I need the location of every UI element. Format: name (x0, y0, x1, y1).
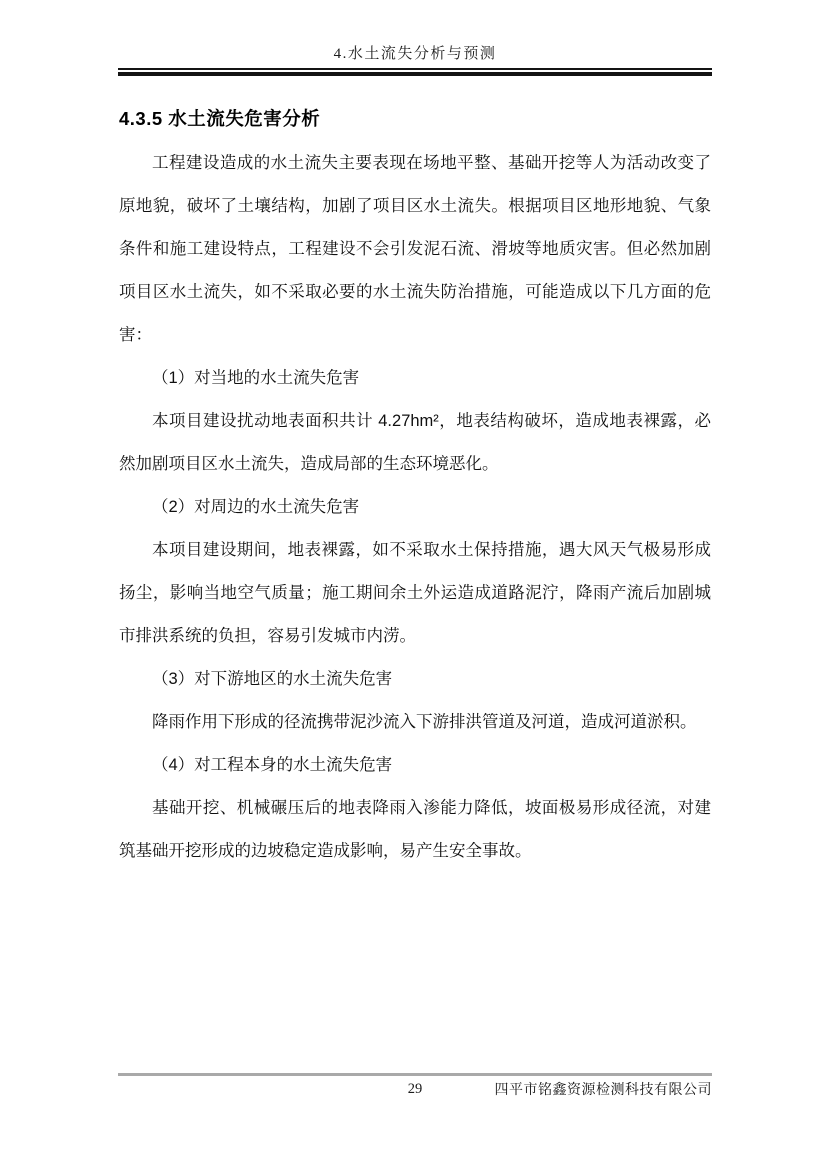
hazard-2-title: （2）对周边的水土流失危害 (119, 486, 711, 529)
hazard-4-body: 基础开挖、机械碾压后的地表降雨入渗能力降低，坡面极易形成径流，对建筑基础开挖形成… (119, 787, 711, 873)
document-body: 4.3.5 水土流失危害分析 工程建设造成的水土流失主要表现在场地平整、基础开挖… (119, 96, 711, 873)
hazard-3-body: 降雨作用下形成的径流携带泥沙流入下游排洪管道及河道，造成河道淤积。 (119, 701, 711, 744)
document-page: 4.水土流失分析与预测 4.3.5 水土流失危害分析 工程建设造成的水土流失主要… (0, 0, 827, 1169)
page-footer: 29 四平市铭鑫资源检测科技有限公司 (118, 1073, 712, 1099)
paragraph-overview: 工程建设造成的水土流失主要表现在场地平整、基础开挖等人为活动改变了原地貌，破坏了… (119, 142, 711, 357)
hazard-1-body: 本项目建设扰动地表面积共计 4.27hm²，地表结构破坏，造成地表裸露，必然加剧… (119, 400, 711, 486)
hazard-4-title: （4）对工程本身的水土流失危害 (119, 744, 711, 787)
header-rule (118, 68, 712, 76)
hazard-2-body: 本项目建设期间，地表裸露，如不采取水土保持措施，遇大风天气极易形成扬尘，影响当地… (119, 529, 711, 658)
header-title: 4.水土流失分析与预测 (118, 45, 712, 64)
section-heading: 4.3.5 水土流失危害分析 (119, 96, 711, 142)
footer-rule (118, 1073, 712, 1076)
footer-row: 29 四平市铭鑫资源检测科技有限公司 (118, 1080, 712, 1099)
hazard-1-title: （1）对当地的水土流失危害 (119, 357, 711, 400)
footer-company-name: 四平市铭鑫资源检测科技有限公司 (495, 1080, 713, 1099)
page-header: 4.水土流失分析与预测 (118, 45, 712, 76)
hazard-3-title: （3）对下游地区的水土流失危害 (119, 658, 711, 701)
